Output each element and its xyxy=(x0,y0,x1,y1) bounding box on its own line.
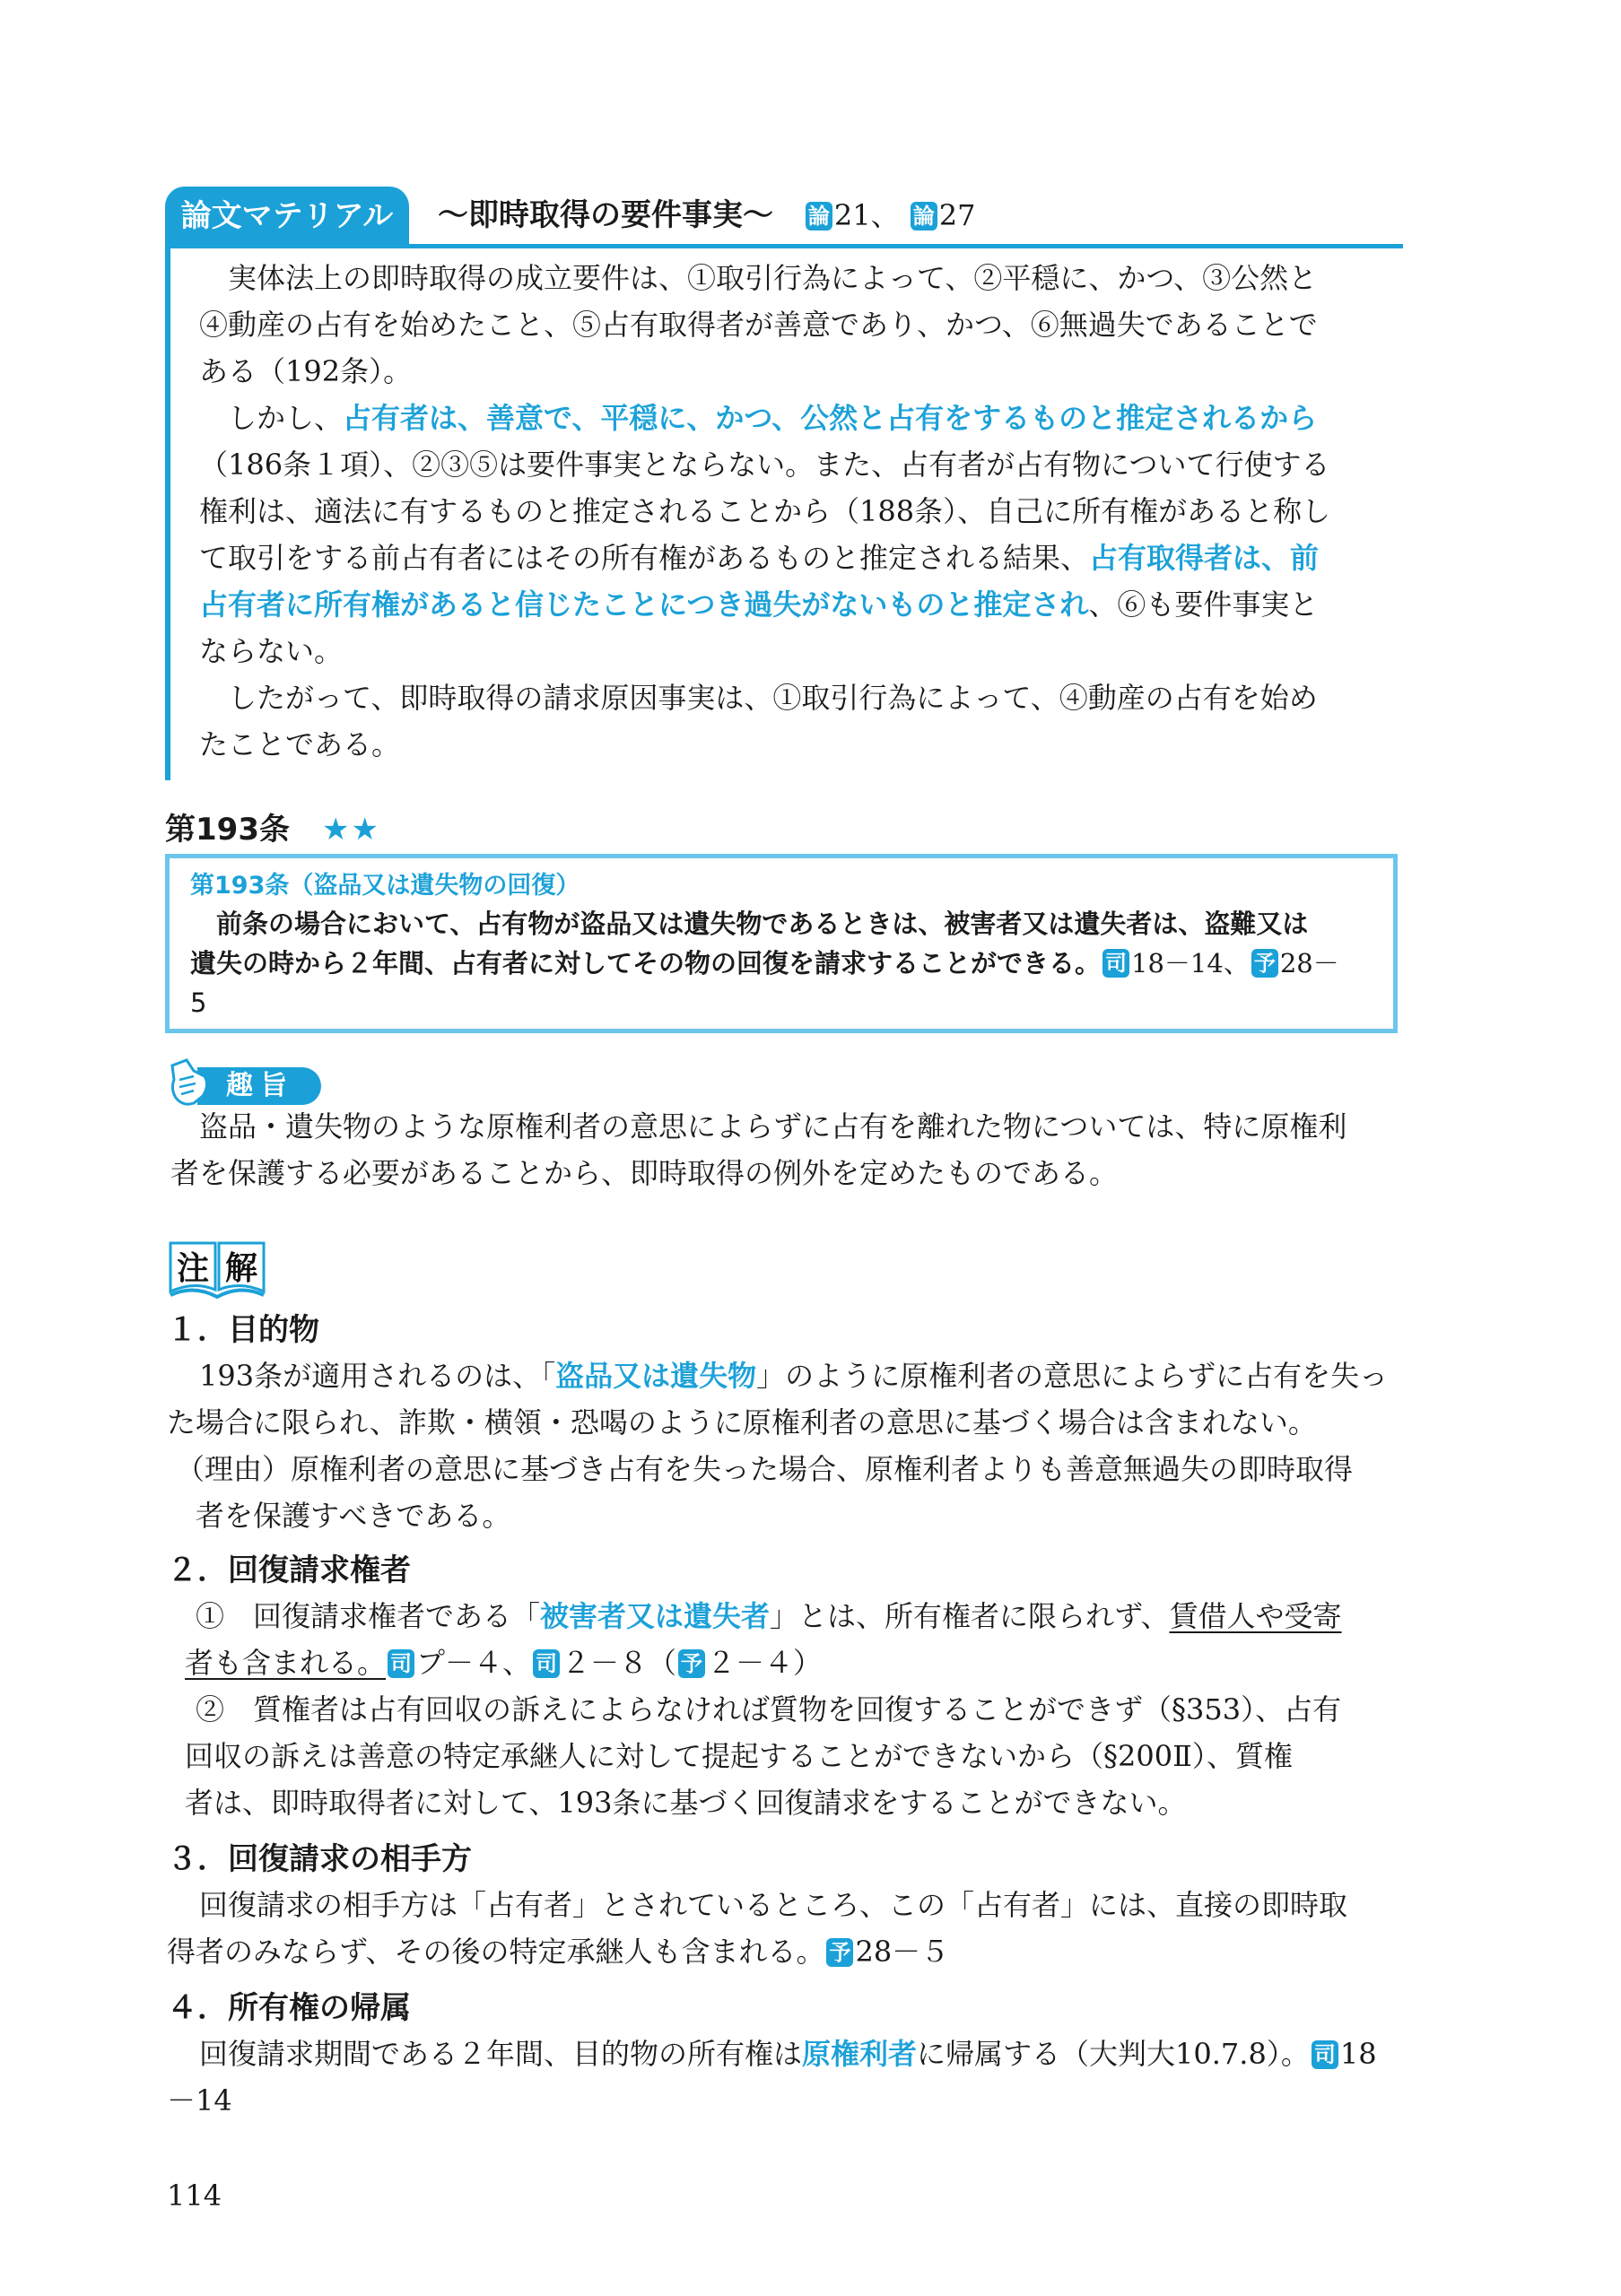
ref-text: ２－８（ xyxy=(562,1646,676,1680)
shushi-badge: 趣旨 xyxy=(197,1067,321,1105)
chukai-label-right: 解 xyxy=(225,1250,257,1287)
ronbun-line: 占有者に所有権があると信じたことにつき過失がないものと推定され、⑥も要件事実と xyxy=(199,587,1318,622)
article-line: 5 xyxy=(190,985,206,1021)
text-highlight: 原権利者 xyxy=(802,2037,917,2071)
shushi-line: 者を保護する必要があることから、即時取得の例外を定めたものである。 xyxy=(170,1155,1118,1191)
ronbun-title-text: ～即時取得の要件事実～ xyxy=(438,197,773,233)
ron-badge-icon: 論 xyxy=(806,202,832,230)
article-number: 第193条 xyxy=(165,812,290,848)
ronbun-line: たことである。 xyxy=(199,726,400,762)
ronbun-line: しかし、占有者は、善意で、平穏に、かつ、公然と占有をするものと推定されるから xyxy=(199,400,1317,436)
ronbun-line: ならない。 xyxy=(199,633,343,669)
ronbun-line: ④動産の占有を始めたこと、⑤占有取得者が善意であり、かつ、⑥無過失であることで xyxy=(199,307,1318,343)
text-plain: 遺失の時から２年間、占有者に対してその物の回復を請求することができる。 xyxy=(190,948,1101,978)
text-plain: 193条が適用されるのは、「 xyxy=(170,1359,555,1393)
text-plain: しかし、 xyxy=(199,401,343,435)
text-underlined: 者も含まれる。 xyxy=(185,1646,386,1680)
section-line: 得者のみならず、その後の特定承継人も含まれる。予28－５ xyxy=(167,1934,949,1970)
text-plain: て取引をする前占有者にはその所有権があるものと推定される結果、 xyxy=(199,541,1089,575)
ron-ref-text: 27 xyxy=(939,198,976,232)
section-heading: ４．所有権の帰属 xyxy=(167,1987,411,2029)
section-line: 者を保護すべきである。 xyxy=(196,1498,510,1534)
list-item: ② 質権者は占有回収の訴えによらなければ質物を回復することができず（§353）、… xyxy=(196,1692,1341,1727)
text-plain: に帰属する（大判大10.7.8）。 xyxy=(917,2037,1310,2071)
ron-badge-icon: 論 xyxy=(911,202,937,230)
shi-badge-icon: 司 xyxy=(1312,2040,1338,2069)
shushi-line: 盗品・遺失物のような原権利者の意思によらずに占有を離れた物については、特に原権利 xyxy=(170,1109,1346,1144)
text-highlight: 被害者又は遺失者 xyxy=(540,1599,770,1633)
list-item: ① 回復請求権者である「被害者又は遺失者」とは、所有権者に限られず、賃借人や受寄 xyxy=(196,1598,1342,1634)
text-plain: 得者のみならず、その後の特定承継人も含まれる。 xyxy=(167,1935,824,1969)
shi-badge-icon: 司 xyxy=(1102,949,1129,978)
section-line: た場合に限られ、詐欺・横領・恐喝のように原権利者の意思に基づく場合は含まれない。 xyxy=(167,1405,1317,1440)
section-line: 193条が適用されるのは、「盗品又は遺失物」のように原権利者の意思によらずに占有… xyxy=(170,1358,1388,1394)
text-plain: ① 回復請求権者である「 xyxy=(196,1599,540,1633)
ronbun-line: したがって、即時取得の請求原因事実は、①取引行為によって、④動産の占有を始め xyxy=(199,680,1318,716)
ronbun-divider xyxy=(165,244,1403,248)
yo-badge-icon: 予 xyxy=(678,1649,705,1678)
ref-text: ２－４） xyxy=(707,1646,822,1680)
article-box-title: 第193条（盗品又は遺失物の回復） xyxy=(190,868,580,904)
importance-stars-icon: ★★ xyxy=(322,812,380,848)
section-line: －14 xyxy=(167,2083,232,2118)
ronbun-material-tab: 論文マテリアル xyxy=(165,187,409,246)
yo-badge-icon: 予 xyxy=(1251,949,1278,978)
ref-text: 28－５ xyxy=(855,1935,949,1969)
section-line: 回復請求期間である２年間、目的物の所有権は原権利者に帰属する（大判大10.7.8… xyxy=(170,2036,1377,2072)
ronbun-line: 実体法上の即時取得の成立要件は、①取引行為によって、②平穏に、かつ、③公然と xyxy=(199,260,1317,296)
ref-text: 18－14、 xyxy=(1131,948,1250,978)
text-underlined: 賃借人や受寄 xyxy=(1169,1599,1341,1633)
text-plain: 」とは、所有権者に限られず、 xyxy=(770,1599,1169,1633)
text-highlight: 占有者に所有権があると信じたことにつき過失がないものと推定され xyxy=(199,587,1088,622)
text-plain: 、⑥も要件事実と xyxy=(1088,587,1318,622)
list-item-cont: 者も含まれる。司プ－４、司２－８（予２－４） xyxy=(185,1645,822,1681)
text-plain: 」のように原権利者の意思によらずに占有を失っ xyxy=(756,1359,1388,1393)
shi-badge-icon: 司 xyxy=(533,1649,560,1678)
ronbun-line: ある（192条）。 xyxy=(199,353,412,389)
article-line: 遺失の時から２年間、占有者に対してその物の回復を請求することができる。司18－1… xyxy=(190,945,1339,981)
section-line: （理由）原権利者の意思に基づき占有を失った場合、原権利者よりも善意無過失の即時取… xyxy=(176,1451,1353,1487)
yo-badge-icon: 予 xyxy=(826,1938,853,1967)
ronbun-line: て取引をする前占有者にはその所有権があるものと推定される結果、占有取得者は、前 xyxy=(199,540,1319,576)
pointing-hand-icon xyxy=(167,1058,212,1109)
list-item-cont: 回収の訴えは善意の特定承継人に対して提起することができないから（§200Ⅱ）、質… xyxy=(185,1738,1293,1774)
text-highlight: 占有者は、善意で、平穏に、かつ、公然と占有をするものと推定されるから xyxy=(343,401,1317,435)
section-heading: ３．回復請求の相手方 xyxy=(167,1839,472,1880)
list-item-cont: 者は、即時取得者に対して、193条に基づく回復請求をすることができない。 xyxy=(185,1785,1186,1821)
ronbun-line: 権利は、適法に有するものと推定されることから（188条）、自己に所有権があると称… xyxy=(199,493,1330,529)
chukai-label-left: 注 xyxy=(177,1250,209,1287)
text-plain: 回復請求期間である２年間、目的物の所有権は xyxy=(170,2037,802,2071)
ronbun-left-bar xyxy=(165,244,170,780)
article-heading: 第193条★★ xyxy=(165,807,380,852)
shi-badge-icon: 司 xyxy=(388,1649,414,1678)
article-line: 前条の場合において、占有物が盗品又は遺失物であるときは、被害者又は遺失者は、盗難… xyxy=(190,906,1308,942)
text-highlight: 占有取得者は、前 xyxy=(1089,541,1319,575)
ref-text: プ－４、 xyxy=(416,1646,531,1680)
page-number: 114 xyxy=(167,2178,222,2213)
section-heading: ２．回復請求権者 xyxy=(167,1550,411,1591)
ref-text: 18 xyxy=(1340,2037,1377,2071)
ronbun-title: ～即時取得の要件事実～ 論21、 論27 xyxy=(438,192,975,239)
ron-ref-text: 21、 xyxy=(834,198,900,232)
section-heading: １．目的物 xyxy=(167,1309,319,1351)
ronbun-line: （186条１項）、②③⑤は要件事実とならない。また、占有者が占有物について行使す… xyxy=(199,447,1329,483)
open-book-icon: 注 解 xyxy=(167,1238,267,1300)
section-line: 回復請求の相手方は「占有者」とされているところ、この「占有者」には、直接の即時取 xyxy=(170,1887,1347,1923)
ref-text: 28－ xyxy=(1280,948,1339,978)
text-highlight: 盗品又は遺失物 xyxy=(555,1359,756,1393)
